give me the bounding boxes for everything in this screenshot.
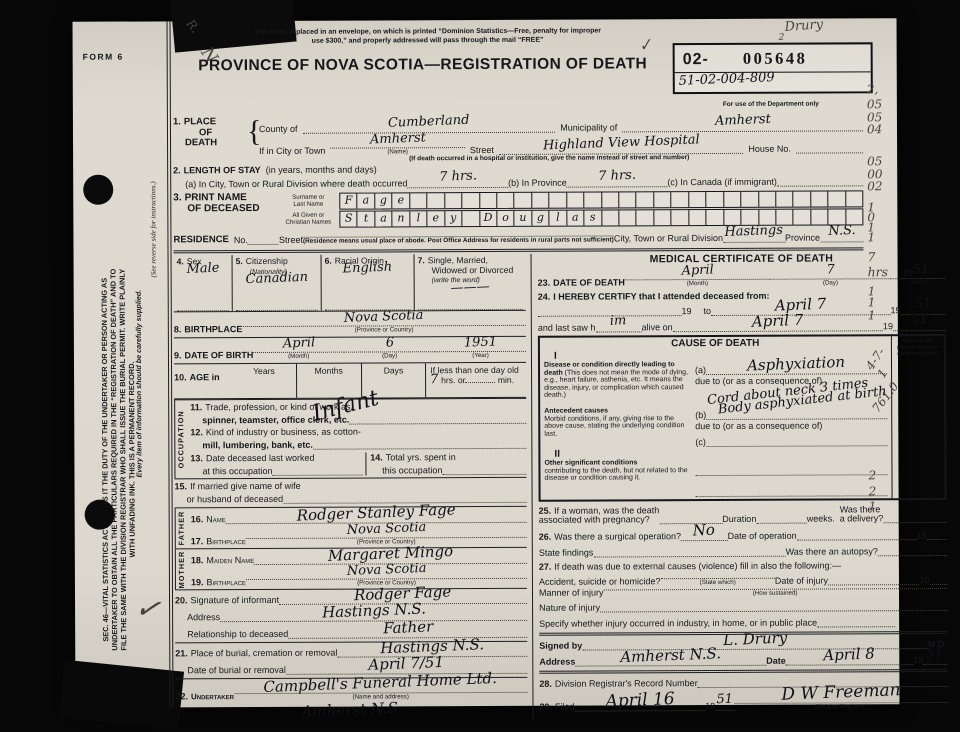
pencil-code: 2: [868, 468, 876, 482]
name-letter-cell: [829, 209, 847, 224]
surname-cells: Fage: [339, 190, 863, 209]
informant-address-field: Hastings N.S.: [220, 608, 527, 622]
field-date-of-birth: 9.DATE OF BIRTH April (Month) 6 (Day) 19…: [174, 336, 526, 364]
every-item-note: Every item of information should be care…: [134, 269, 144, 477]
name-letter-cell: [532, 193, 550, 208]
name-letter-cell: [706, 192, 724, 207]
pencil-margin-codes: 2, 05 05 04 05 00 02 1 0 1 1 7 hrs 1 1 1…: [862, 18, 899, 704]
occupation-vertical-label: OCCUPATION: [174, 400, 186, 478]
given-names-cells: StanleyDouglas: [339, 208, 863, 227]
name-letter-cell: [515, 193, 533, 208]
file-number: 51-02-004-809: [679, 73, 775, 87]
form-title: PROVINCE OF NOVA SCOTIA—REGISTRATION OF …: [173, 55, 673, 75]
name-letter-cell: y: [445, 211, 463, 226]
scanned-death-certificate: FORM 6 SEC. 46—VITAL STATISTICS ACT MAKE…: [73, 18, 900, 708]
name-letter-cell: [741, 192, 759, 207]
field-marital-status: 7.Single, Married, Widowed or Divorced (…: [415, 254, 526, 310]
name-letter-cell: u: [515, 211, 533, 226]
cause-title: CAUSE OF DEATH: [544, 337, 887, 349]
envelope-note: This form, if placed in an envelope, on …: [213, 27, 643, 46]
form-number: FORM 6: [83, 52, 124, 62]
field-spouse: 15.If married give name of wife or husba…: [175, 477, 527, 508]
stamp-prefix: 02-: [683, 51, 709, 69]
undertaker-address: Amherst N.S.: [301, 703, 402, 717]
field-sex: 4.Sex Male: [174, 255, 233, 311]
punch-hole: [85, 500, 115, 530]
name-letter-cell: [584, 192, 602, 207]
name-letter-cell: l: [550, 211, 568, 226]
name-letter-cell: n: [393, 211, 411, 226]
name-letter-cell: [619, 210, 637, 225]
undertaker-field: Campbell's Funeral Home Ltd.: [234, 680, 528, 694]
name-letter-cell: [410, 193, 428, 208]
pencil-code: 7 hrs: [868, 249, 898, 279]
name-letter-cell: [637, 192, 655, 207]
residence-street-field: (Residence means usual place of abode. P…: [303, 235, 614, 244]
name-letter-cell: [689, 210, 707, 225]
name-letter-cell: o: [497, 211, 515, 226]
name-letter-cell: [602, 192, 620, 207]
pencil-code: 2: [869, 484, 877, 498]
cause-a-field: Asphyxiation: [706, 361, 887, 375]
findings-field: [593, 544, 785, 558]
pencil-code: 1: [868, 295, 876, 309]
name-letter-cell: [480, 193, 498, 208]
stay-province-field: 7 hrs.: [567, 174, 668, 187]
pencil-code: 761.0: [869, 379, 901, 415]
stamp-caption: For use of the Department only: [673, 100, 869, 108]
industry-field: [313, 436, 527, 450]
field-place-of-death: 1.PLACE OF DEATH { County of Cumberland …: [173, 114, 863, 163]
see-reverse-note: (See reverse side for instructions.): [149, 129, 158, 277]
name-letter-cell: [654, 210, 672, 225]
cause-b-field: [706, 406, 887, 420]
operation-field: No: [681, 528, 728, 541]
name-letter-cell: e: [428, 211, 446, 226]
pencil-code: 1: [868, 308, 876, 322]
name-letter-cell: [794, 210, 812, 225]
name-letter-cell: [619, 192, 637, 207]
field-citizenship: 5.Citizenship (Nationality) Canadian: [233, 255, 322, 311]
residence-province-field: N.S.: [820, 229, 863, 242]
pencil-code: 1: [867, 230, 875, 244]
name-letter-cell: [759, 192, 777, 207]
name-letter-cell: D: [480, 211, 498, 226]
surname-row: Surname orLast Name Fage: [277, 190, 863, 210]
physician-address-field: Amherst N.S.: [575, 653, 766, 667]
form-fields: 1.PLACE OF DEATH { County of Cumberland …: [173, 110, 866, 720]
undertaker-block: 22.Undertaker Campbell's Funeral Home Lt…: [175, 677, 527, 721]
pencil-code: 05: [867, 97, 882, 111]
name-letter-cell: a: [358, 193, 376, 208]
name-letter-cell: g: [375, 193, 393, 208]
informant-relationship-field: Father: [288, 625, 527, 639]
filed-date-field: April 16: [574, 698, 705, 712]
field-13: 13.Date deceased last worked at this occ…: [190, 453, 366, 477]
stay-city-field: 7 hrs.: [407, 175, 508, 188]
residence-division-field: Hastings: [723, 230, 785, 243]
personal-column: 4.Sex Male 5.Citizenship (Nationality) C…: [174, 254, 533, 721]
mother-block: MOTHER 18.Maiden Name Margaret Mingo 19.…: [175, 547, 527, 590]
city-field: Amherst (Name): [330, 137, 465, 156]
field-14: 14.Total yrs. spent in this occupation: [366, 452, 526, 476]
name-letter-cell: [567, 193, 585, 208]
name-letter-cell: g: [532, 211, 550, 226]
informant-block: 20.Signature of informant Rodger Fage Ad…: [175, 588, 527, 643]
residence-no-field: [248, 232, 279, 245]
name-letter-cell: s: [584, 210, 602, 225]
name-letter-cell: [462, 211, 480, 226]
field-racial-origin: 6.Racial Origin English: [322, 254, 415, 310]
occupation-block: OCCUPATION Infant 11.Trade, profession, …: [174, 398, 526, 479]
fields-4-to-7: 4.Sex Male 5.Citizenship (Nationality) C…: [174, 254, 526, 312]
name-letter-cell: e: [393, 193, 411, 208]
pencil-code: 2,: [867, 82, 879, 96]
name-letter-cell: [672, 192, 690, 207]
name-letter-cell: [689, 192, 707, 207]
name-letter-cell: [654, 192, 672, 207]
name-letter-cell: [550, 193, 568, 208]
mother-vertical-label: MOTHER: [175, 549, 187, 589]
name-letter-cell: [724, 192, 742, 207]
name-letter-cell: [846, 191, 863, 206]
father-block: FATHER 16.Name Rodger Stanley Fage 17.Bi…: [175, 506, 527, 549]
name-letter-cell: [672, 210, 690, 225]
pencil-code: 04: [867, 122, 882, 136]
field-length-of-stay: 2. LENGTH OF STAY (in years, months and …: [173, 162, 863, 189]
pencil-code: 1: [869, 499, 877, 513]
name-letter-cell: [811, 192, 829, 207]
name-letter-cell: a: [375, 211, 393, 226]
name-letter-cell: F: [340, 194, 358, 209]
name-letter-cell: t: [358, 211, 376, 226]
form-body: This form, if placed in an envelope, on …: [173, 18, 866, 707]
name-letter-cell: [741, 210, 759, 225]
name-letter-cell: [776, 192, 794, 207]
stay-canada-field: [777, 173, 863, 186]
name-letter-cell: [829, 191, 847, 206]
pencil-code: 4-7-1: [863, 340, 903, 381]
name-letter-cell: [637, 210, 655, 225]
name-letter-cell: [462, 193, 480, 208]
name-letter-cell: [724, 210, 742, 225]
pencil-code: 02: [867, 179, 882, 193]
brace: {: [247, 117, 259, 163]
trade-field: [349, 411, 526, 425]
street-field: Highland View Hospital: [499, 141, 743, 155]
house-no-field: [796, 140, 863, 153]
registration-number-stamp: 02- 005648 2 51-02-004-809: [673, 42, 873, 94]
birthplace-field: Nova Scotia (Province or Country): [242, 315, 526, 334]
name-letter-cell: a: [567, 211, 585, 226]
municipality-field: Amherst: [622, 118, 863, 132]
hospital-note: (If death occurred in a hospital or inst…: [409, 154, 689, 162]
name-letter-cell: [445, 193, 463, 208]
name-letter-cell: [794, 192, 812, 207]
punch-hole: [83, 175, 113, 205]
field-residence: RESIDENCE No. Street (Residence means us…: [173, 229, 863, 245]
field-birthplace: 8.BIRTHPLACE Nova Scotia (Province or Co…: [174, 310, 526, 338]
name-letter-cell: [811, 210, 829, 225]
name-letter-cell: l: [410, 211, 428, 226]
registrar-signature-field: D W Freeman: [735, 690, 947, 704]
name-letter-cell: S: [340, 212, 358, 227]
name-letter-cell: [707, 210, 725, 225]
cause-c-field: [706, 433, 887, 447]
father-vertical-label: FATHER: [175, 508, 187, 548]
county-field: Cumberland: [302, 120, 555, 134]
name-letter-cell: [427, 193, 445, 208]
name-letter-cell: [497, 193, 515, 208]
stamp-overwrite: 2: [779, 33, 785, 43]
other-conditions-field-2: [696, 483, 888, 497]
stamp-number: 005648: [743, 49, 808, 69]
name-letter-cell: [602, 210, 620, 225]
other-conditions-field-1: [695, 462, 887, 476]
pencil-code: 05: [867, 154, 882, 168]
